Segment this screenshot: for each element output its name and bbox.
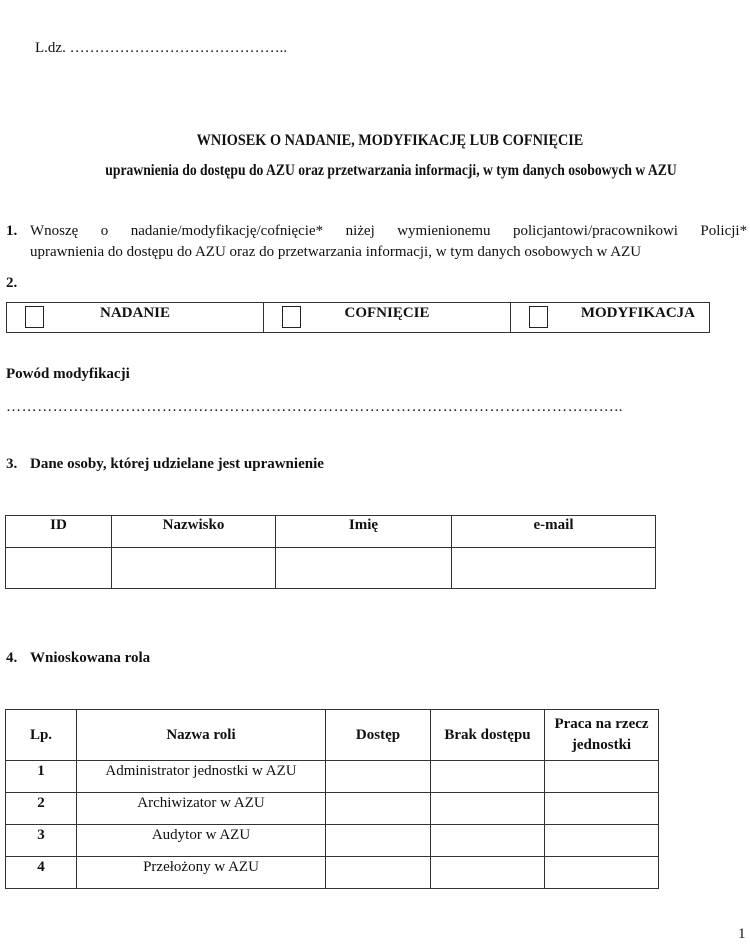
option-cofniecie[interactable]: COFNIĘCIE: [264, 303, 511, 333]
table-row: 3 Audytor w AZU: [6, 825, 659, 857]
cell-access[interactable]: [326, 857, 431, 889]
column-role-name: Nazwa roli: [77, 710, 326, 761]
checkbox-cofniecie[interactable]: [282, 306, 301, 328]
cell-email[interactable]: [452, 548, 656, 589]
table-header-row: ID Nazwisko Imię e-mail: [6, 516, 656, 548]
column-email: e-mail: [452, 516, 656, 548]
column-no-access: Brak dostępu: [431, 710, 545, 761]
column-lp: Lp.: [6, 710, 77, 761]
document-title: WNIOSEK O NADANIE, MODYFIKACJĘ LUB COFNI…: [31, 132, 749, 150]
section-1-number: 1.: [6, 223, 17, 240]
cell-no-access[interactable]: [431, 793, 545, 825]
section-4-heading: 4.Wnioskowana rola: [6, 650, 150, 667]
role-table: Lp. Nazwa roli Dostęp Brak dostępu Praca…: [5, 709, 659, 889]
cell-unit-work[interactable]: [545, 793, 659, 825]
section-1-line-1: Wnoszę o nadanie/modyfikację/cofnięcie* …: [30, 223, 747, 240]
section-1-line-2: uprawnienia do dostępu do AZU oraz do pr…: [30, 244, 641, 261]
checkbox-nadanie[interactable]: [25, 306, 44, 328]
checkbox-modyfikacja[interactable]: [529, 306, 548, 328]
ldz-dots[interactable]: ……………………………………..: [70, 40, 288, 56]
cell-imie[interactable]: [276, 548, 452, 589]
option-nadanie[interactable]: NADANIE: [7, 303, 264, 333]
column-imie: Imię: [276, 516, 452, 548]
reason-label: Powód modyfikacji: [6, 366, 130, 383]
reason-field[interactable]: ……………………………………………………………………………………………………….…: [6, 399, 623, 416]
cell-nazwisko[interactable]: [112, 548, 276, 589]
cell-no-access[interactable]: [431, 825, 545, 857]
ldz-label: L.dz.: [35, 40, 66, 56]
person-data-table: ID Nazwisko Imię e-mail: [5, 515, 656, 589]
table-row: 2 Archiwizator w AZU: [6, 793, 659, 825]
ldz-field: L.dz. ……………………………………..: [35, 40, 287, 57]
cell-access[interactable]: [326, 825, 431, 857]
column-unit-work: Praca na rzecz jednostki: [545, 710, 659, 761]
column-access: Dostęp: [326, 710, 431, 761]
cell-unit-work[interactable]: [545, 857, 659, 889]
table-row: [6, 548, 656, 589]
table-row: 4 Przełożony w AZU: [6, 857, 659, 889]
request-type-options: NADANIE COFNIĘCIE MODYFIKACJA: [6, 302, 710, 333]
cell-no-access[interactable]: [431, 857, 545, 889]
section-3-heading: 3.Dane osoby, której udzielane jest upra…: [6, 456, 324, 473]
page-number: 1: [738, 926, 746, 943]
cell-access[interactable]: [326, 793, 431, 825]
column-nazwisko: Nazwisko: [112, 516, 276, 548]
cell-unit-work[interactable]: [545, 761, 659, 793]
cell-no-access[interactable]: [431, 761, 545, 793]
cell-unit-work[interactable]: [545, 825, 659, 857]
document-subtitle: uprawnienia do dostępu do AZU oraz przet…: [47, 162, 735, 180]
section-2-number: 2.: [6, 275, 17, 292]
column-id: ID: [6, 516, 112, 548]
cell-id[interactable]: [6, 548, 112, 589]
table-row: 1 Administrator jednostki w AZU: [6, 761, 659, 793]
option-modyfikacja[interactable]: MODYFIKACJA: [511, 303, 710, 333]
table-header-row: Lp. Nazwa roli Dostęp Brak dostępu Praca…: [6, 710, 659, 761]
cell-access[interactable]: [326, 761, 431, 793]
